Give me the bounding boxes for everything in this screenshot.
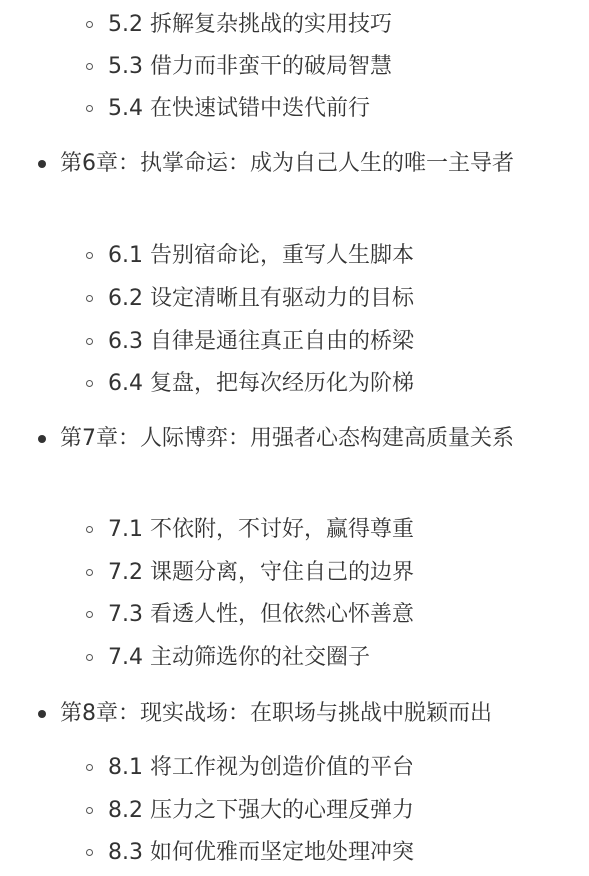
section-label: 7.2 课题分离，守住自己的边界 — [108, 552, 414, 594]
section-item: 6.3 自律是通往真正自由的桥梁 — [0, 321, 589, 363]
section-item: 5.3 借力而非蛮干的破局智慧 — [0, 46, 589, 88]
section-item: 7.3 看透人性，但依然心怀善意 — [0, 594, 589, 636]
section-item: 6.1 告别宿命论，重写人生脚本 — [0, 235, 589, 277]
hollow-bullet-icon — [86, 338, 93, 345]
section-label: 5.4 在快速试错中迭代前行 — [108, 88, 370, 130]
hollow-bullet-icon — [86, 526, 93, 533]
section-item: 8.3 如何优雅而坚定地处理冲突 — [0, 832, 589, 874]
section-item: 8.1 将工作视为创造价值的平台 — [0, 747, 589, 789]
filled-bullet-icon — [38, 435, 46, 443]
hollow-bullet-icon — [86, 63, 93, 70]
section-label: 6.2 设定清晰且有驱动力的目标 — [108, 278, 414, 320]
section-item: 5.2 拆解复杂挑战的实用技巧 — [0, 4, 589, 46]
section-label: 5.2 拆解复杂挑战的实用技巧 — [108, 4, 392, 46]
hollow-bullet-icon — [86, 21, 93, 28]
section-label: 7.1 不依附，不讨好，赢得尊重 — [108, 509, 414, 551]
section-label: 6.4 复盘，把每次经历化为阶梯 — [108, 363, 414, 405]
hollow-bullet-icon — [86, 807, 93, 814]
section-label: 8.3 如何优雅而坚定地处理冲突 — [108, 832, 414, 874]
chapter-title: 第7章：人际博弈：用强者心态构建高质量关系 — [60, 421, 540, 456]
section-item: 7.2 课题分离，守住自己的边界 — [0, 552, 589, 594]
section-label: 6.1 告别宿命论，重写人生脚本 — [108, 235, 414, 277]
hollow-bullet-icon — [86, 611, 93, 618]
hollow-bullet-icon — [86, 380, 93, 387]
section-label: 7.4 主动筛选你的社交圈子 — [108, 637, 370, 679]
hollow-bullet-icon — [86, 295, 93, 302]
hollow-bullet-icon — [86, 654, 93, 661]
section-label: 6.3 自律是通往真正自由的桥梁 — [108, 321, 414, 363]
section-item: 6.4 复盘，把每次经历化为阶梯 — [0, 363, 589, 405]
hollow-bullet-icon — [86, 764, 93, 771]
section-item: 7.4 主动筛选你的社交圈子 — [0, 637, 589, 679]
section-label: 5.3 借力而非蛮干的破局智慧 — [108, 46, 392, 88]
chapter-title: 第6章：执掌命运：成为自己人生的唯一主导者 — [60, 146, 540, 181]
section-label: 8.2 压力之下强大的心理反弹力 — [108, 790, 414, 832]
filled-bullet-icon — [38, 710, 46, 718]
hollow-bullet-icon — [86, 849, 93, 856]
hollow-bullet-icon — [86, 569, 93, 576]
filled-bullet-icon — [38, 160, 46, 168]
hollow-bullet-icon — [86, 252, 93, 259]
section-item: 5.4 在快速试错中迭代前行 — [0, 88, 589, 130]
chapter-title: 第8章：现实战场：在职场与挑战中脱颖而出 — [60, 696, 540, 731]
section-item: 6.2 设定清晰且有驱动力的目标 — [0, 278, 589, 320]
section-label: 7.3 看透人性，但依然心怀善意 — [108, 594, 414, 636]
section-item: 7.1 不依附，不讨好，赢得尊重 — [0, 509, 589, 551]
section-item: 8.2 压力之下强大的心理反弹力 — [0, 790, 589, 832]
section-label: 8.1 将工作视为创造价值的平台 — [108, 747, 414, 789]
hollow-bullet-icon — [86, 105, 93, 112]
